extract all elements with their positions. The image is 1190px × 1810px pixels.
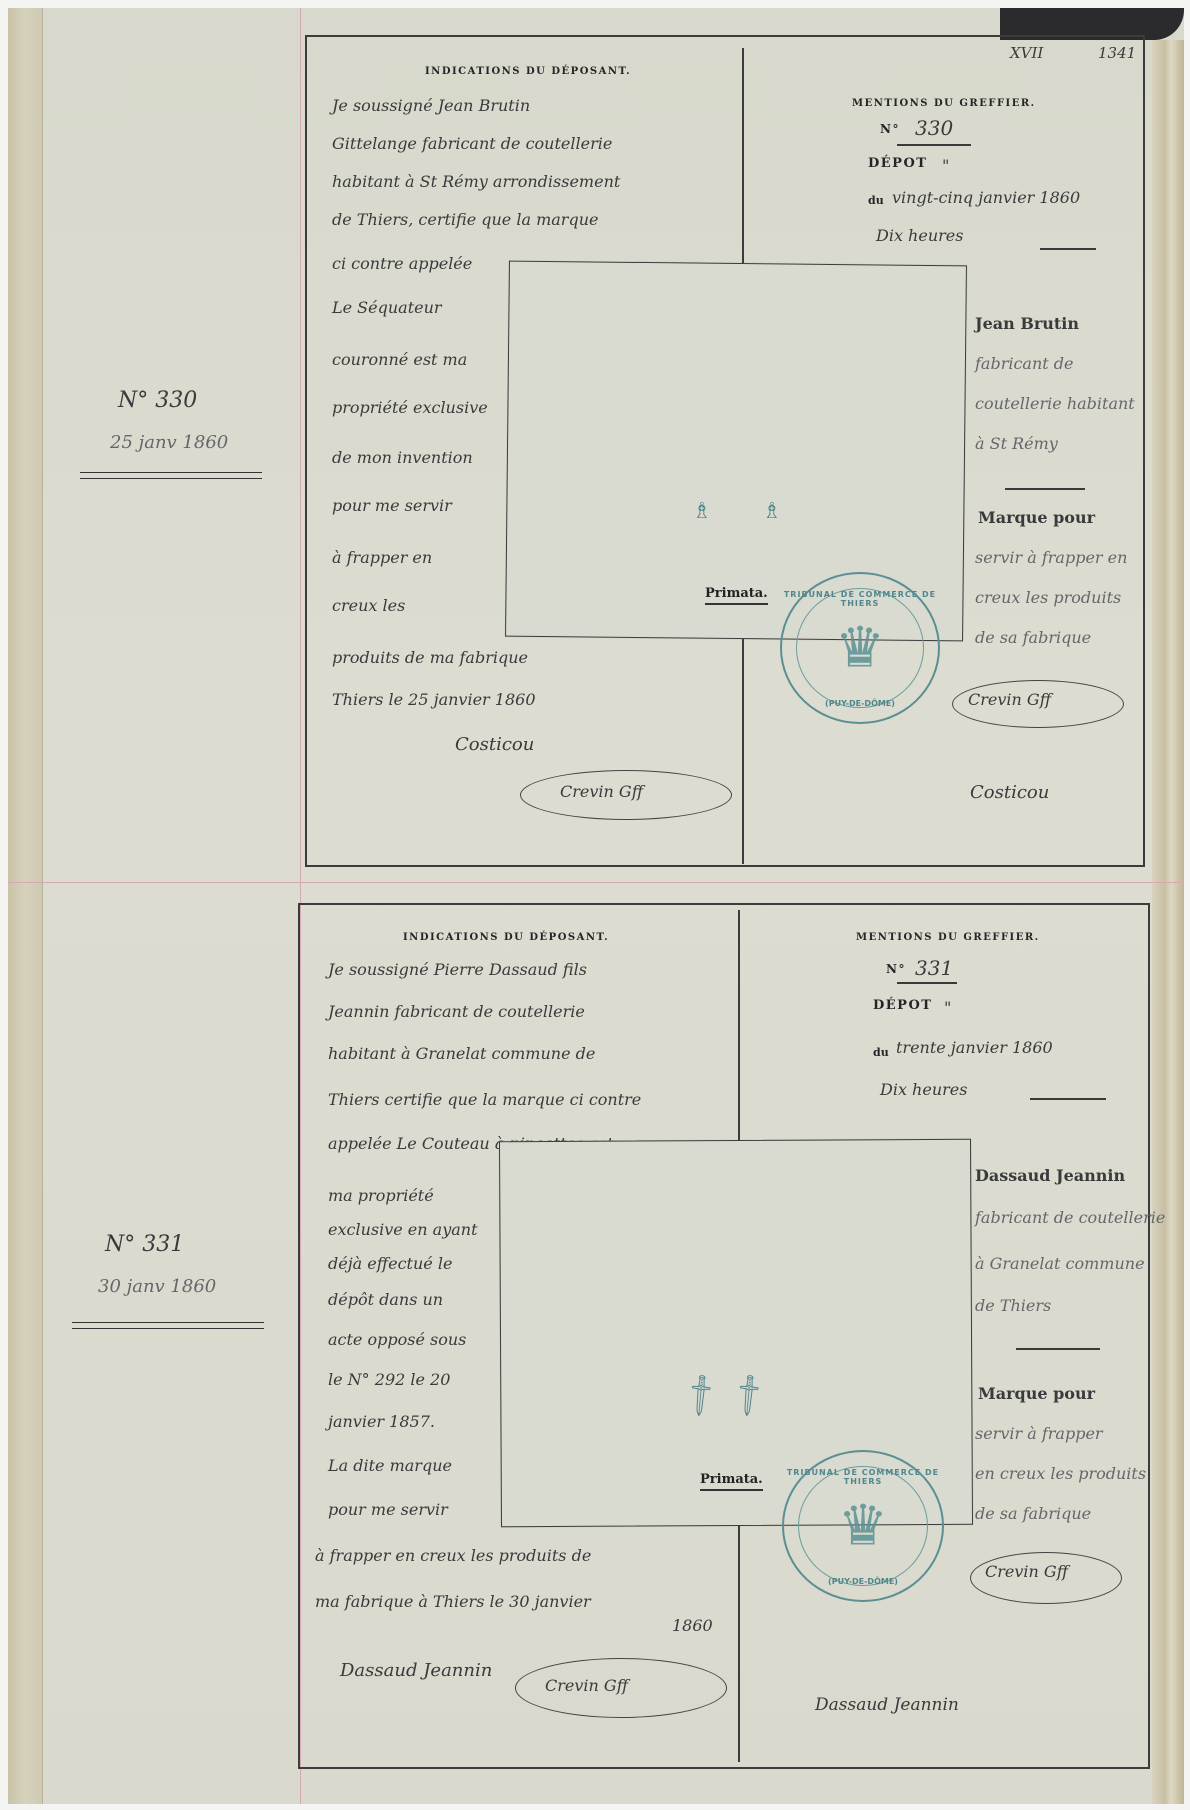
section-rule (1005, 488, 1085, 490)
usage-line: Marque pour (978, 508, 1095, 527)
usage-line: servir à frapper en (975, 548, 1127, 567)
no-label: N° (880, 122, 900, 136)
greffier-clerk-paraph: Crevin Gff (985, 1562, 1068, 1581)
margin-entry-date: 30 janv 1860 (98, 1276, 216, 1297)
margin-double-rule (80, 472, 262, 479)
deposant-line: Je soussigné Jean Brutin (332, 96, 530, 115)
depot-label: DÉPOT (873, 998, 932, 1013)
section-rule (1016, 1348, 1100, 1350)
margin-entry-number: N° 331 (105, 1232, 184, 1257)
tribunal-stamp: TRIBUNAL DE COMMERCE DE THIERS ♛ (PUY-DE… (780, 572, 940, 724)
time-rule (1030, 1098, 1106, 1100)
deposant-line: habitant à Granelat commune de (328, 1044, 595, 1063)
deposant-line: exclusive en ayant (328, 1220, 478, 1239)
deposant-line: 1860 (672, 1616, 713, 1635)
deposant-line: habitant à St Rémy arrondissement (332, 172, 620, 191)
margin-double-rule (72, 1322, 264, 1329)
deposant-line: propriété exclusive (332, 398, 488, 417)
crowned-figure-mark-icon: ♗ (692, 498, 712, 524)
usage-line: de sa fabrique (975, 1504, 1091, 1523)
margin-rule-horizontal (8, 882, 1184, 883)
deposant-line: janvier 1857. (328, 1412, 435, 1431)
stamp-top-text: TRIBUNAL DE COMMERCE DE THIERS (784, 1468, 942, 1486)
number-underline (897, 982, 957, 984)
deposant-heading: INDICATIONS DU DÉPOSANT. (425, 66, 631, 77)
usage-line: de sa fabrique (975, 628, 1091, 647)
greffier-clerk-paraph: Crevin Gff (968, 690, 1051, 709)
greffier-heading: MENTIONS DU GREFFIER. (856, 932, 1040, 943)
greffier-heading: MENTIONS DU GREFFIER. (852, 98, 1036, 109)
depot-mark: " (942, 156, 949, 175)
deposant-line: Thiers certifie que la marque ci contre (328, 1090, 641, 1109)
no-label: N° (886, 962, 906, 976)
stamp-top-text: TRIBUNAL DE COMMERCE DE THIERS (782, 590, 938, 608)
usage-line: creux les produits (975, 588, 1121, 607)
deposant-signature: Dassaud Jeannin (340, 1660, 492, 1681)
clerk-paraph: Crevin Gff (560, 782, 643, 801)
margin-entry-date: 25 janv 1860 (110, 432, 228, 453)
deposant-line: Le Séquateur (332, 298, 442, 317)
du-label: du (873, 1046, 889, 1059)
deposant-heading: INDICATIONS DU DÉPOSANT. (403, 932, 609, 943)
deposant-line: de Thiers, certifie que la marque (332, 210, 598, 229)
depositor-line: fabricant de (975, 354, 1074, 373)
deposant-line: Jeannin fabricant de coutellerie (328, 1002, 585, 1021)
margin-entry-number: N° 330 (118, 388, 197, 413)
depositor-line: fabricant de coutellerie (975, 1208, 1165, 1227)
du-label: du (868, 194, 884, 207)
deposant-line: Je soussigné Pierre Dassaud fils (328, 960, 587, 979)
depot-label: DÉPOT (868, 156, 927, 171)
deposant-line: ma fabrique à Thiers le 30 janvier (315, 1592, 591, 1611)
trademark-name: Primata. (700, 1472, 763, 1491)
imperial-eagle-icon: ♛ (838, 1494, 888, 1559)
deposant-line: le N° 292 le 20 (328, 1370, 450, 1389)
number-underline (897, 144, 971, 146)
deposit-time: Dix heures (876, 226, 963, 245)
deposant-line: pour me servir (332, 496, 452, 515)
depositor-line: à Granelat commune (975, 1254, 1145, 1273)
trademark-name: Primata. (705, 586, 768, 605)
deposant-line: ci contre appelée (332, 254, 472, 273)
deposant-line: acte opposé sous (328, 1330, 466, 1349)
tribunal-stamp: TRIBUNAL DE COMMERCE DE THIERS ♛ (PUY-DE… (782, 1450, 944, 1602)
depositor-line: à St Rémy (975, 434, 1058, 453)
deposit-time: Dix heures (880, 1080, 967, 1099)
deposant-line: de mon invention (332, 448, 473, 467)
deposant-line: creux les (332, 596, 405, 615)
usage-line: en creux les produits (975, 1464, 1146, 1483)
deposant-line: déjà effectué le (328, 1254, 452, 1273)
deposant-line: à frapper en creux les produits de (315, 1546, 591, 1565)
crowned-figure-mark-icon: ♗ (762, 498, 782, 524)
deposant-line: pour me servir (328, 1500, 448, 1519)
right-page-edges (1152, 40, 1184, 1804)
deposant-line: ma propriété (328, 1186, 434, 1205)
greffier-signature: Costicou (970, 782, 1049, 803)
deposant-line: à frapper en (332, 548, 432, 567)
depot-mark: " (944, 998, 951, 1017)
clerk-paraph: Crevin Gff (545, 1676, 628, 1695)
time-rule (1040, 248, 1096, 250)
deposit-date: trente janvier 1860 (896, 1038, 1053, 1057)
depositor-line: de Thiers (975, 1296, 1051, 1315)
deposit-date: vingt-cinq janvier 1860 (892, 188, 1080, 207)
deposant-signature: Costicou (455, 734, 534, 755)
usage-line: servir à frapper (975, 1424, 1103, 1443)
deposant-line: Thiers le 25 janvier 1860 (332, 690, 536, 709)
deposant-line: La dite marque (328, 1456, 452, 1475)
greffier-number: 330 (915, 116, 953, 140)
left-page-edges (8, 8, 43, 1804)
stamp-bottom-text: (PUY-DE-DÔME) (784, 1577, 942, 1586)
greffier-number: 331 (915, 956, 953, 980)
stamp-bottom-text: (PUY-DE-DÔME) (782, 699, 938, 708)
deposant-line: Gittelange fabricant de coutellerie (332, 134, 612, 153)
depositor-name: Dassaud Jeannin (975, 1166, 1125, 1185)
depositor-name: Jean Brutin (975, 314, 1079, 333)
usage-line: Marque pour (978, 1384, 1095, 1403)
deposant-line: produits de ma fabrique (332, 648, 528, 667)
deposant-line: dépôt dans un (328, 1290, 443, 1309)
imperial-eagle-icon: ♛ (835, 616, 885, 681)
depositor-line: coutellerie habitant (975, 394, 1135, 413)
deposant-line: couronné est ma (332, 350, 467, 369)
greffier-signature: Dassaud Jeannin (815, 1695, 959, 1715)
